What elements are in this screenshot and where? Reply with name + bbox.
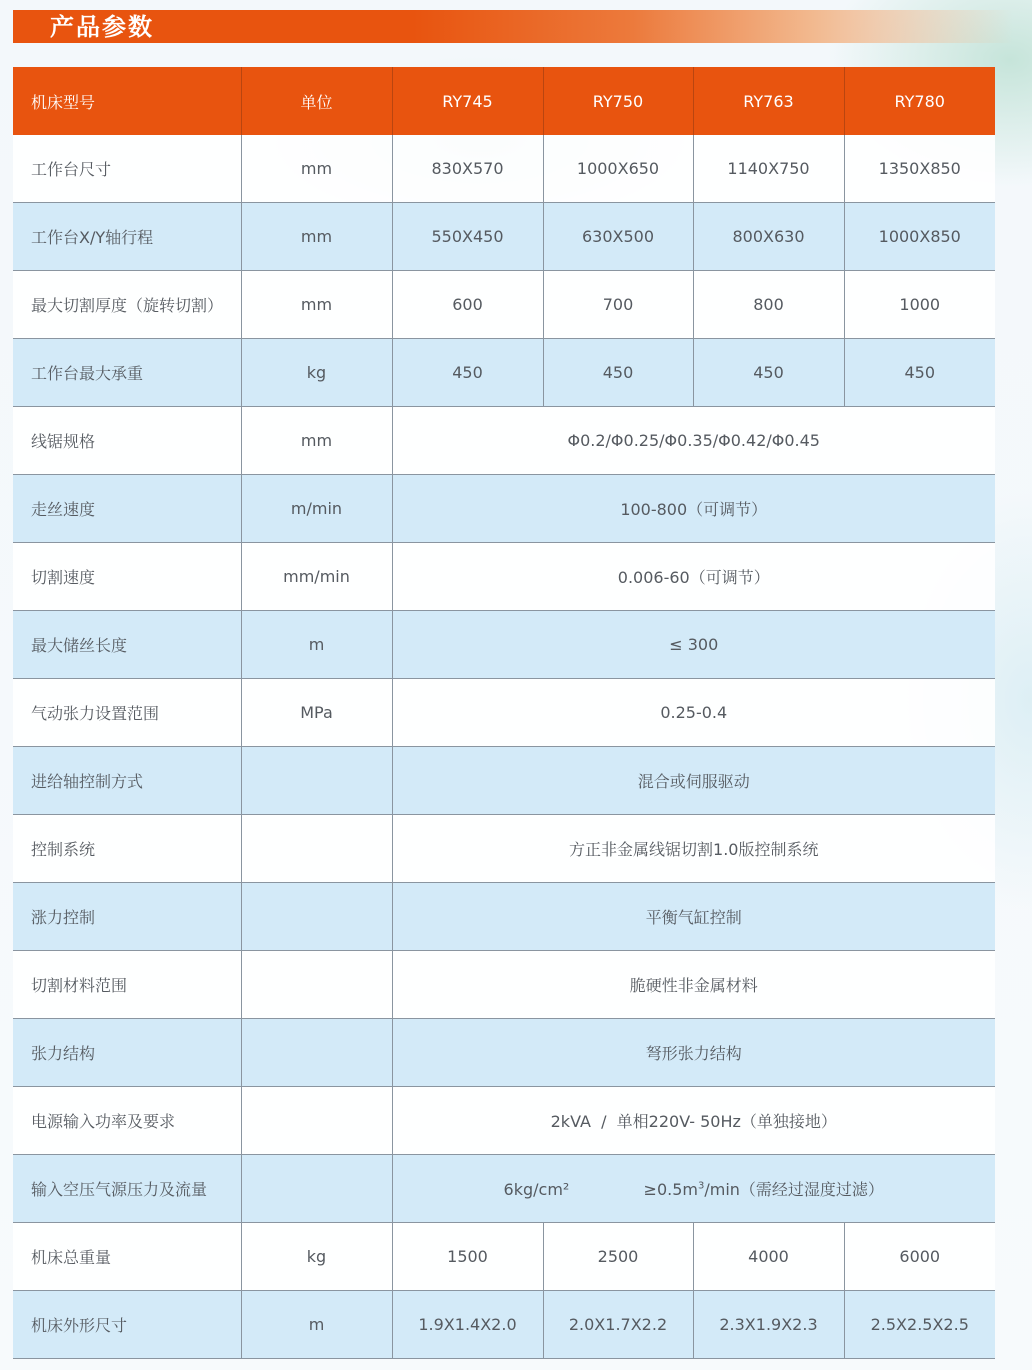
table-row: 最大储丝长度 m ≤ 300	[13, 611, 995, 679]
air-flow-value: ≥0.5m3/min（需经过湿度过滤）	[644, 1180, 884, 1199]
merged-value-cell: 2kVA / 单相220V- 50Hz（单独接地）	[392, 1087, 995, 1155]
row-label: 切割速度	[13, 543, 241, 611]
value-cell: 450	[844, 339, 995, 407]
section-title-bar: 产品参数	[13, 10, 1013, 43]
row-unit: kg	[241, 339, 392, 407]
row-label: 线锯规格	[13, 407, 241, 475]
table-row: 机床总重量 kg 1500 2500 4000 6000	[13, 1223, 995, 1291]
value-cell: 800	[693, 271, 844, 339]
air-pressure-value: 6kg/cm²	[504, 1180, 574, 1199]
product-spec-table: 机床型号 单位 RY745 RY750 RY763 RY780 工作台尺寸 mm…	[13, 67, 995, 1359]
row-label: 输入空压气源压力及流量	[13, 1155, 241, 1223]
value-cell: 600	[392, 271, 543, 339]
row-label: 气动张力设置范围	[13, 679, 241, 747]
row-unit: MPa	[241, 679, 392, 747]
row-label: 机床总重量	[13, 1223, 241, 1291]
value-cell: 830X570	[392, 135, 543, 203]
row-unit	[241, 883, 392, 951]
row-label: 工作台尺寸	[13, 135, 241, 203]
row-unit	[241, 815, 392, 883]
merged-value-cell: 6kg/cm²≥0.5m3/min（需经过湿度过滤）	[392, 1155, 995, 1223]
value-cell: 450	[693, 339, 844, 407]
merged-value-cell: Φ0.2/Φ0.25/Φ0.35/Φ0.42/Φ0.45	[392, 407, 995, 475]
row-label: 切割材料范围	[13, 951, 241, 1019]
header-cell-ry750: RY750	[543, 67, 693, 135]
table-header-row: 机床型号 单位 RY745 RY750 RY763 RY780	[13, 67, 995, 135]
merged-value-cell: 0.006-60（可调节）	[392, 543, 995, 611]
row-label: 控制系统	[13, 815, 241, 883]
table-row: 机床外形尺寸 m 1.9X1.4X2.0 2.0X1.7X2.2 2.3X1.9…	[13, 1291, 995, 1359]
table-row: 切割速度 mm/min 0.006-60（可调节）	[13, 543, 995, 611]
table-row: 最大切割厚度（旋转切割） mm 600 700 800 1000	[13, 271, 995, 339]
value-cell: 4000	[693, 1223, 844, 1291]
value-cell: 2500	[543, 1223, 693, 1291]
value-cell: 2.5X2.5X2.5	[844, 1291, 995, 1359]
table-row: 张力结构 弩形张力结构	[13, 1019, 995, 1087]
merged-value-cell: 100-800（可调节）	[392, 475, 995, 543]
table-row: 工作台X/Y轴行程 mm 550X450 630X500 800X630 100…	[13, 203, 995, 271]
value-cell: 1000	[844, 271, 995, 339]
value-cell: 1000X650	[543, 135, 693, 203]
header-cell-ry745: RY745	[392, 67, 543, 135]
row-unit: mm/min	[241, 543, 392, 611]
merged-value-cell: 0.25-0.4	[392, 679, 995, 747]
value-cell: 2.0X1.7X2.2	[543, 1291, 693, 1359]
value-cell: 450	[543, 339, 693, 407]
value-cell: 630X500	[543, 203, 693, 271]
header-cell-ry780: RY780	[844, 67, 995, 135]
table-row: 线锯规格 mm Φ0.2/Φ0.25/Φ0.35/Φ0.42/Φ0.45	[13, 407, 995, 475]
row-unit: kg	[241, 1223, 392, 1291]
row-label: 涨力控制	[13, 883, 241, 951]
row-unit: mm	[241, 203, 392, 271]
page-title: 产品参数	[50, 11, 154, 43]
table-row: 控制系统 方正非金属线锯切割1.0版控制系统	[13, 815, 995, 883]
row-unit	[241, 1019, 392, 1087]
row-unit: m/min	[241, 475, 392, 543]
row-label: 张力结构	[13, 1019, 241, 1087]
value-cell: 450	[392, 339, 543, 407]
value-cell: 1000X850	[844, 203, 995, 271]
merged-value-cell: 平衡气缸控制	[392, 883, 995, 951]
table-row: 进给轴控制方式 混合或伺服驱动	[13, 747, 995, 815]
row-unit: mm	[241, 135, 392, 203]
row-label: 最大切割厚度（旋转切割）	[13, 271, 241, 339]
table-row: 走丝速度 m/min 100-800（可调节）	[13, 475, 995, 543]
table-row: 工作台最大承重 kg 450 450 450 450	[13, 339, 995, 407]
table-row: 电源输入功率及要求 2kVA / 单相220V- 50Hz（单独接地）	[13, 1087, 995, 1155]
value-cell: 550X450	[392, 203, 543, 271]
table-row: 切割材料范围 脆硬性非金属材料	[13, 951, 995, 1019]
row-label: 最大储丝长度	[13, 611, 241, 679]
value-cell: 1350X850	[844, 135, 995, 203]
table-row: 气动张力设置范围 MPa 0.25-0.4	[13, 679, 995, 747]
row-label: 走丝速度	[13, 475, 241, 543]
row-label: 电源输入功率及要求	[13, 1087, 241, 1155]
row-unit: mm	[241, 271, 392, 339]
row-label: 进给轴控制方式	[13, 747, 241, 815]
row-label: 工作台最大承重	[13, 339, 241, 407]
table-row: 涨力控制 平衡气缸控制	[13, 883, 995, 951]
merged-value-cell: 混合或伺服驱动	[392, 747, 995, 815]
air-flow-suffix: /min（需经过湿度过滤）	[704, 1180, 884, 1199]
merged-value-cell: 方正非金属线锯切割1.0版控制系统	[392, 815, 995, 883]
merged-value-cell: 弩形张力结构	[392, 1019, 995, 1087]
value-cell: 6000	[844, 1223, 995, 1291]
row-unit: mm	[241, 407, 392, 475]
value-cell: 1.9X1.4X2.0	[392, 1291, 543, 1359]
row-unit	[241, 747, 392, 815]
air-flow-prefix: ≥0.5m	[644, 1180, 698, 1199]
row-label: 工作台X/Y轴行程	[13, 203, 241, 271]
row-unit	[241, 1155, 392, 1223]
row-unit	[241, 1087, 392, 1155]
header-cell-model: 机床型号	[13, 67, 241, 135]
row-unit: m	[241, 1291, 392, 1359]
header-cell-unit: 单位	[241, 67, 392, 135]
table-row: 工作台尺寸 mm 830X570 1000X650 1140X750 1350X…	[13, 135, 995, 203]
row-label: 机床外形尺寸	[13, 1291, 241, 1359]
merged-value-cell: ≤ 300	[392, 611, 995, 679]
value-cell: 800X630	[693, 203, 844, 271]
row-unit: m	[241, 611, 392, 679]
value-cell: 1500	[392, 1223, 543, 1291]
value-cell: 2.3X1.9X2.3	[693, 1291, 844, 1359]
header-cell-ry763: RY763	[693, 67, 844, 135]
row-unit	[241, 951, 392, 1019]
merged-value-cell: 脆硬性非金属材料	[392, 951, 995, 1019]
value-cell: 700	[543, 271, 693, 339]
table-row: 输入空压气源压力及流量 6kg/cm²≥0.5m3/min（需经过湿度过滤）	[13, 1155, 995, 1223]
value-cell: 1140X750	[693, 135, 844, 203]
